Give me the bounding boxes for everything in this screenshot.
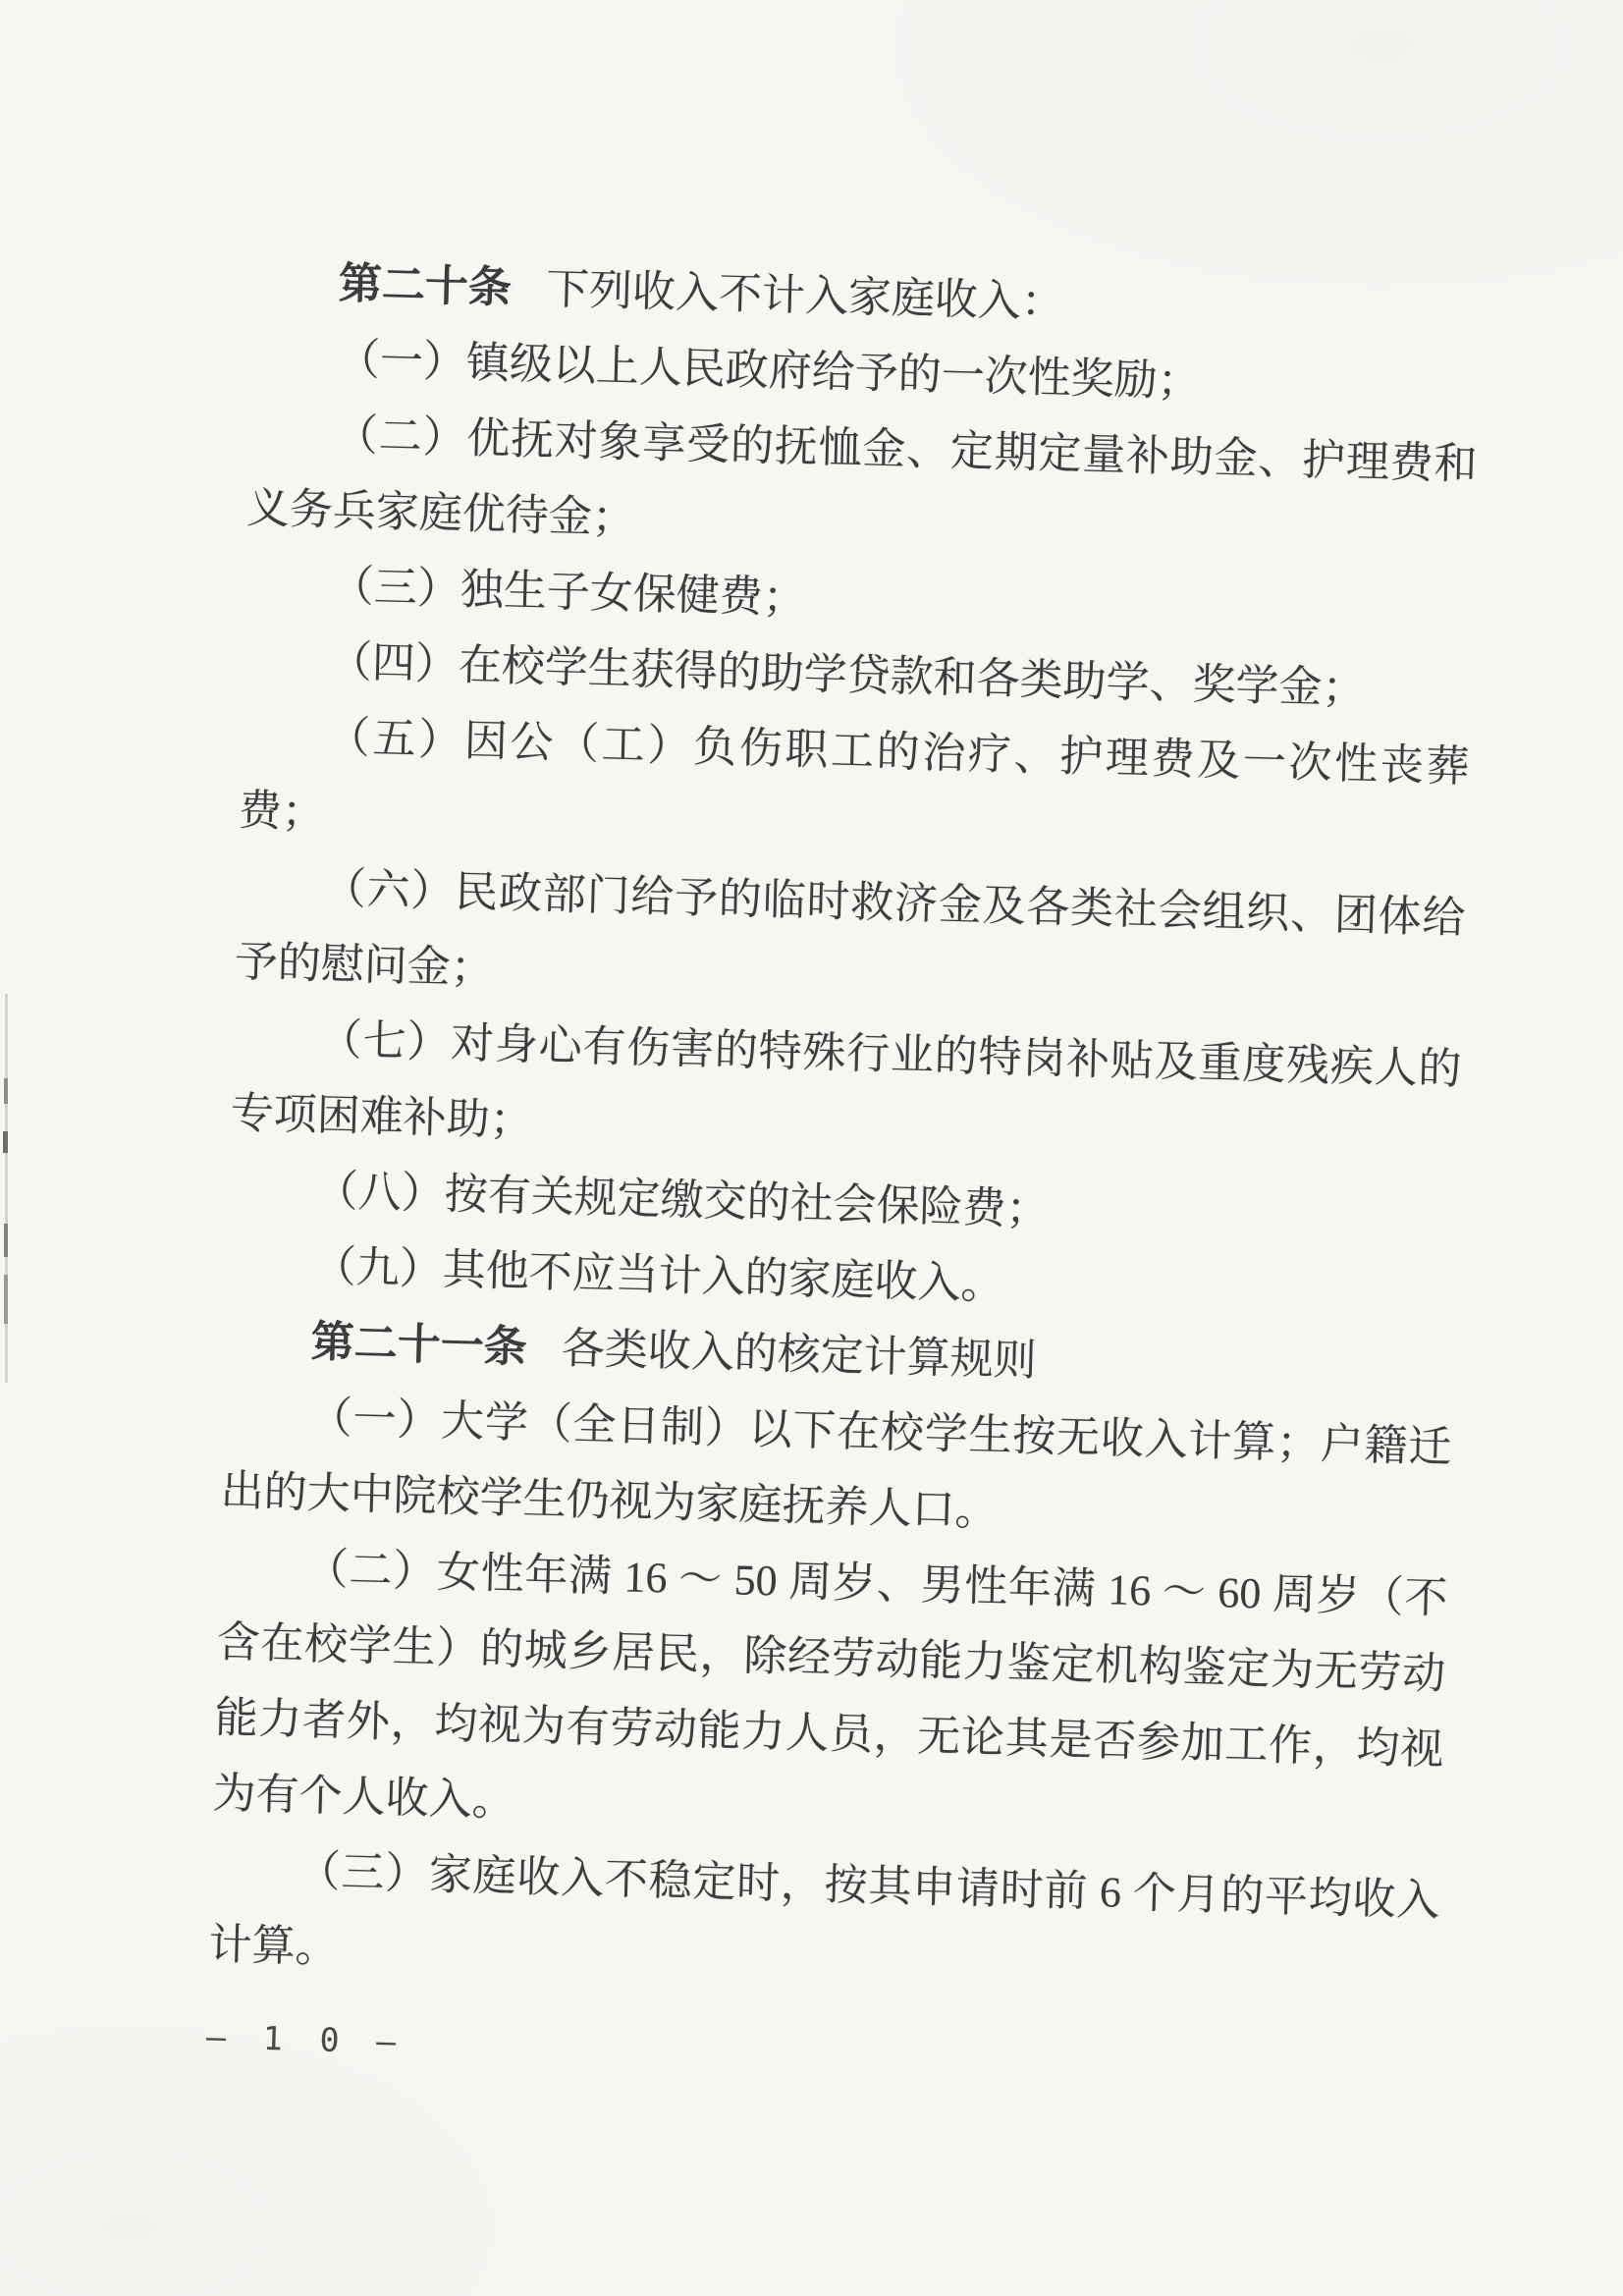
scan-edge-artifact — [4, 1275, 8, 1324]
line-text: 为有个人收入。 — [212, 1769, 515, 1825]
scan-edge-artifact — [4, 1224, 8, 1257]
line-text: （九）其他不应当计入的家庭收入。 — [312, 1242, 1004, 1308]
line-text: 下列收入不计入家庭收入： — [545, 265, 1064, 327]
line-text: 义务兵家庭优待金； — [245, 484, 635, 542]
article-21-number: 第二十一条 — [310, 1318, 527, 1372]
line-text: 专项困难补助； — [230, 1089, 533, 1145]
line-text: （八）按有关规定缴交的社会保险费； — [314, 1167, 1050, 1234]
line-text: （三）独生子女保健费； — [330, 562, 806, 623]
line-text: （四）在校学生获得的助学贷款和各类助学、奖学金； — [328, 637, 1366, 713]
article-20-number: 第二十条 — [338, 259, 512, 312]
line-text: 出的大中院校学生仍视为家庭抚养人口。 — [220, 1467, 999, 1536]
line-text: （一）镇级以上人民政府给予的一次性奖励； — [336, 335, 1201, 406]
line-text: 费； — [238, 787, 325, 837]
line-text: 予的慰问金； — [234, 938, 494, 993]
document-body: 第二十条下列收入不计入家庭收入： （一）镇级以上人民政府给予的一次性奖励； （二… — [206, 244, 1483, 2088]
scan-edge-artifact — [5, 994, 8, 1383]
line-text: 计算。 — [208, 1920, 339, 1971]
page-number: — 1 0 — — [206, 2017, 1436, 2088]
line-text: （三）家庭收入不稳定时，按其申请时前 6 个月的平均收入 — [297, 1847, 1440, 1925]
scan-edge-artifact — [3, 1131, 8, 1153]
document-page: 第二十条下列收入不计入家庭收入： （一）镇级以上人民政府给予的一次性奖励； （二… — [0, 0, 1623, 2296]
scan-edge-artifact — [4, 1078, 8, 1104]
line-text: （五）因公（工）负伤职工的治疗、护理费及一次性丧葬 — [326, 713, 1470, 791]
line-text: 各类收入的核定计算规则 — [561, 1325, 1037, 1386]
